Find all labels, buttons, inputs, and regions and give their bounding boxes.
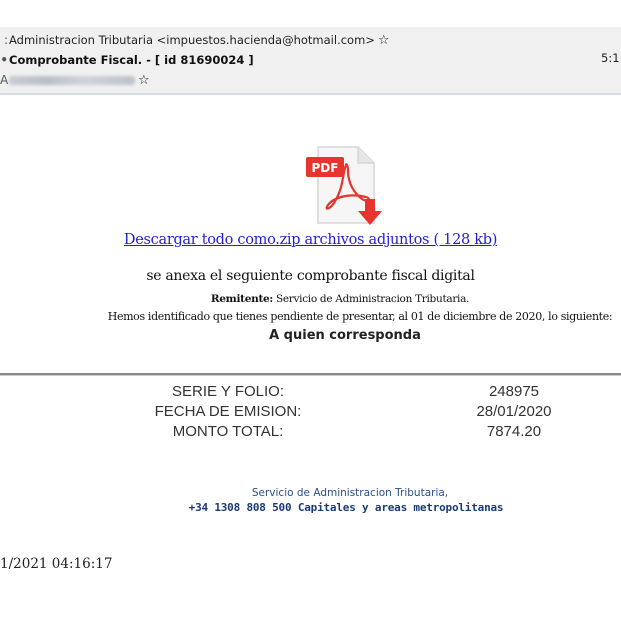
invoice-label: MONTO TOTAL: [100, 423, 356, 440]
pending-notice: Hemos identificado que tienes pendiente … [0, 310, 621, 323]
invoice-value: 248975 [434, 383, 594, 400]
invoice-row: MONTO TOTAL: 7874.20 [0, 423, 621, 443]
to-label: A [0, 73, 8, 87]
sender-label: Remitente: [211, 293, 273, 305]
invoice-value: 28/01/2020 [434, 403, 594, 420]
intro-text: se anexa el seguiente comprobante fiscal… [0, 268, 621, 284]
invoice-row: SERIE Y FOLIO: 248975 [0, 383, 621, 403]
received-time: 5:1 [601, 51, 621, 65]
download-attachments-link[interactable]: Descargar todo como.zip archivos adjunto… [0, 232, 621, 248]
message-timestamp: 1/2021 04:16:17 [0, 556, 112, 572]
recipient-address-redacted [9, 76, 135, 85]
invoice-label: SERIE Y FOLIO: [100, 383, 356, 400]
from-label: : [0, 33, 8, 47]
footer-organization: Servicio de Administracion Tributaria, [0, 487, 621, 499]
sender-value: Servicio de Administracion Tributaria. [276, 293, 469, 305]
invoice-row: FECHA DE EMISION: 28/01/2020 [0, 403, 621, 423]
subject-row: • Comprobante Fiscal. - [ id 81690024 ] [0, 50, 254, 70]
sender-line: Remitente: Servicio de Administracion Tr… [0, 293, 621, 305]
sender-address[interactable]: Administracion Tributaria <impuestos.hac… [9, 33, 375, 47]
pdf-download-icon[interactable]: PDF [302, 143, 392, 231]
from-row: : Administracion Tributaria <impuestos.h… [0, 30, 390, 50]
star-outline-icon[interactable]: ☆ [138, 73, 150, 88]
invoice-value: 7874.20 [434, 423, 594, 440]
email-subject: Comprobante Fiscal. - [ id 81690024 ] [9, 53, 254, 67]
subject-label: • [0, 53, 8, 67]
section-divider [0, 373, 621, 376]
svg-text:PDF: PDF [312, 161, 339, 175]
email-header: : Administracion Tributaria <impuestos.h… [0, 27, 621, 95]
greeting: A quien corresponda [0, 328, 621, 343]
footer-phone: +34 1308 808 500 Capitales y areas metro… [0, 501, 621, 514]
to-row: A ☆ [0, 70, 150, 90]
invoice-label: FECHA DE EMISION: [100, 403, 356, 420]
star-outline-icon[interactable]: ☆ [378, 33, 390, 48]
